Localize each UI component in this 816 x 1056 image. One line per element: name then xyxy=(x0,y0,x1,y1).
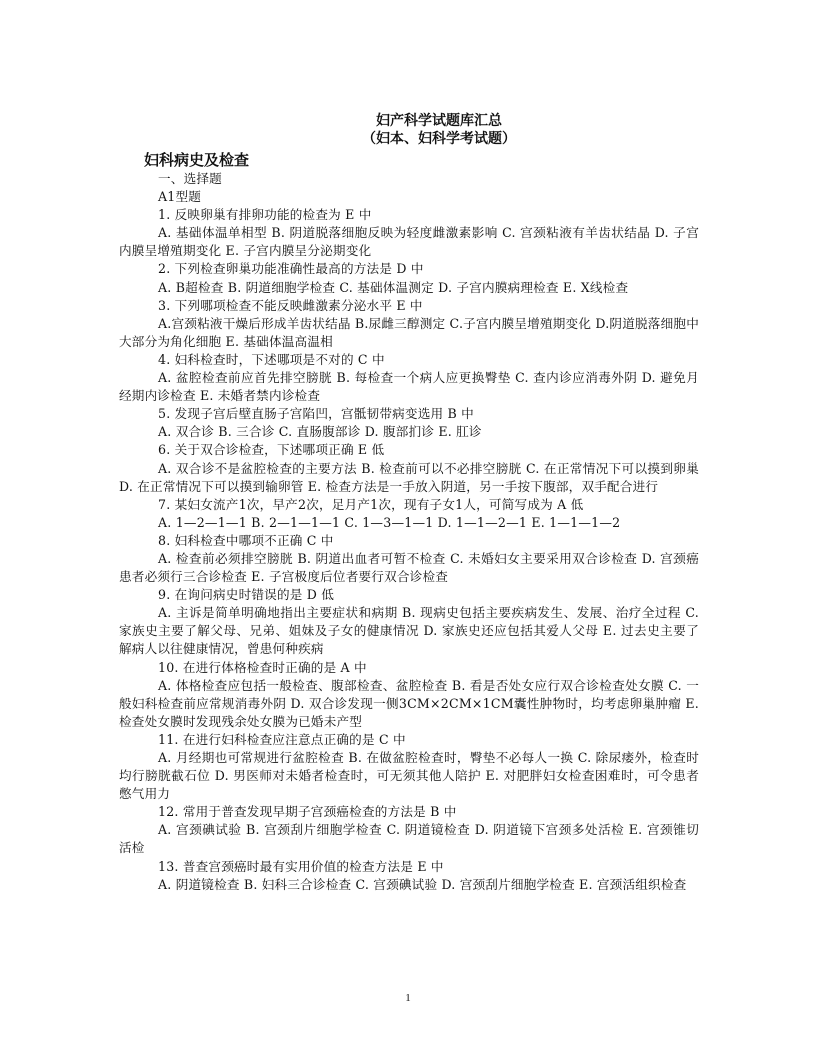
question-6: 6. 关于双合诊检查，下述哪项正确 E 低 xyxy=(119,441,699,459)
question-11: 11. 在进行妇科检查应注意点正确的是 C 中 xyxy=(119,731,699,749)
options-9: A. 主诉是简单明确地指出主要症状和病期 B. 现病史包括主要疾病发生、发展、治… xyxy=(119,604,699,658)
question-1: 1. 反映卵巢有排卵功能的检查为 E 中 xyxy=(119,206,699,224)
options-1: A. 基础体温单相型 B. 阴道脱落细胞反映为轻度雌激素影响 C. 宫颈粘液有羊… xyxy=(119,224,699,260)
section-heading: 妇科病史及检查 xyxy=(144,150,699,170)
options-5: A. 双合诊 B. 三合诊 C. 直肠腹部诊 D. 腹部扪诊 E. 肛诊 xyxy=(119,423,699,441)
options-6: A. 双合诊不是盆腔检查的主要方法 B. 检查前可以不必排空膀胱 C. 在正常情… xyxy=(119,460,699,496)
options-3: A.宫颈粘液干燥后形成羊齿状结晶 B.尿雌三醇测定 C.子宫内膜呈增殖期变化 D… xyxy=(119,315,699,351)
question-10: 10. 在进行体格检查时正确的是 A 中 xyxy=(119,659,699,677)
options-13: A. 阴道镜检查 B. 妇科三合诊检查 C. 宫颈碘试验 D. 宫颈刮片细胞学检… xyxy=(119,876,699,894)
question-type: A1型题 xyxy=(119,188,699,206)
options-8: A. 检查前必须排空膀胱 B. 阴道出血者可暂不检查 C. 未婚妇女主要采用双合… xyxy=(119,550,699,586)
question-5: 5. 发现子宫后壁直肠子宫陷凹，宫骶韧带病变选用 B 中 xyxy=(119,405,699,423)
options-10: A. 体格检查应包括一般检查、腹部检查、盆腔检查 B. 看是否处女应行双合诊检查… xyxy=(119,677,699,731)
document-subtitle: （妇本、妇科学考试题） xyxy=(119,130,699,148)
options-4: A. 盆腔检查前应首先排空膀胱 B. 每检查一个病人应更换臀垫 C. 查内诊应消… xyxy=(119,369,699,405)
options-2: A. B超检查 B. 阴道细胞学检查 C. 基础体温测定 D. 子宫内膜病理检查… xyxy=(119,279,699,297)
page-number: 1 xyxy=(0,992,816,1004)
question-4: 4. 妇科检查时，下述哪项是不对的 C 中 xyxy=(119,351,699,369)
part-heading: 一、选择题 xyxy=(119,170,699,188)
document-page: 妇产科学试题库汇总 （妇本、妇科学考试题） 妇科病史及检查 一、选择题 A1型题… xyxy=(119,112,699,894)
options-11: A. 月经期也可常规进行盆腔检查 B. 在做盆腔检查时，臀垫不必每人一换 C. … xyxy=(119,749,699,803)
question-9: 9. 在询问病史时错误的是 D 低 xyxy=(119,586,699,604)
question-2: 2. 下列检查卵巢功能准确性最高的方法是 D 中 xyxy=(119,260,699,278)
question-8: 8. 妇科检查中哪项不正确 C 中 xyxy=(119,532,699,550)
question-12: 12. 常用于普查发现早期子宫颈癌检查的方法是 B 中 xyxy=(119,803,699,821)
question-13: 13. 普查宫颈癌时最有实用价值的检查方法是 E 中 xyxy=(119,858,699,876)
document-title: 妇产科学试题库汇总 xyxy=(119,112,699,130)
options-7: A. 1—2—1—1 B. 2—1—1—1 C. 1—3—1—1 D. 1—1—… xyxy=(119,514,699,532)
question-3: 3. 下列哪项检查不能反映雌激素分泌水平 E 中 xyxy=(119,297,699,315)
question-7: 7. 某妇女流产1次，早产2次，足月产1次，现有子女1人，可简写成为 A 低 xyxy=(119,496,699,514)
options-12: A. 宫颈碘试验 B. 宫颈刮片细胞学检查 C. 阴道镜检查 D. 阴道镜下宫颈… xyxy=(119,821,699,857)
